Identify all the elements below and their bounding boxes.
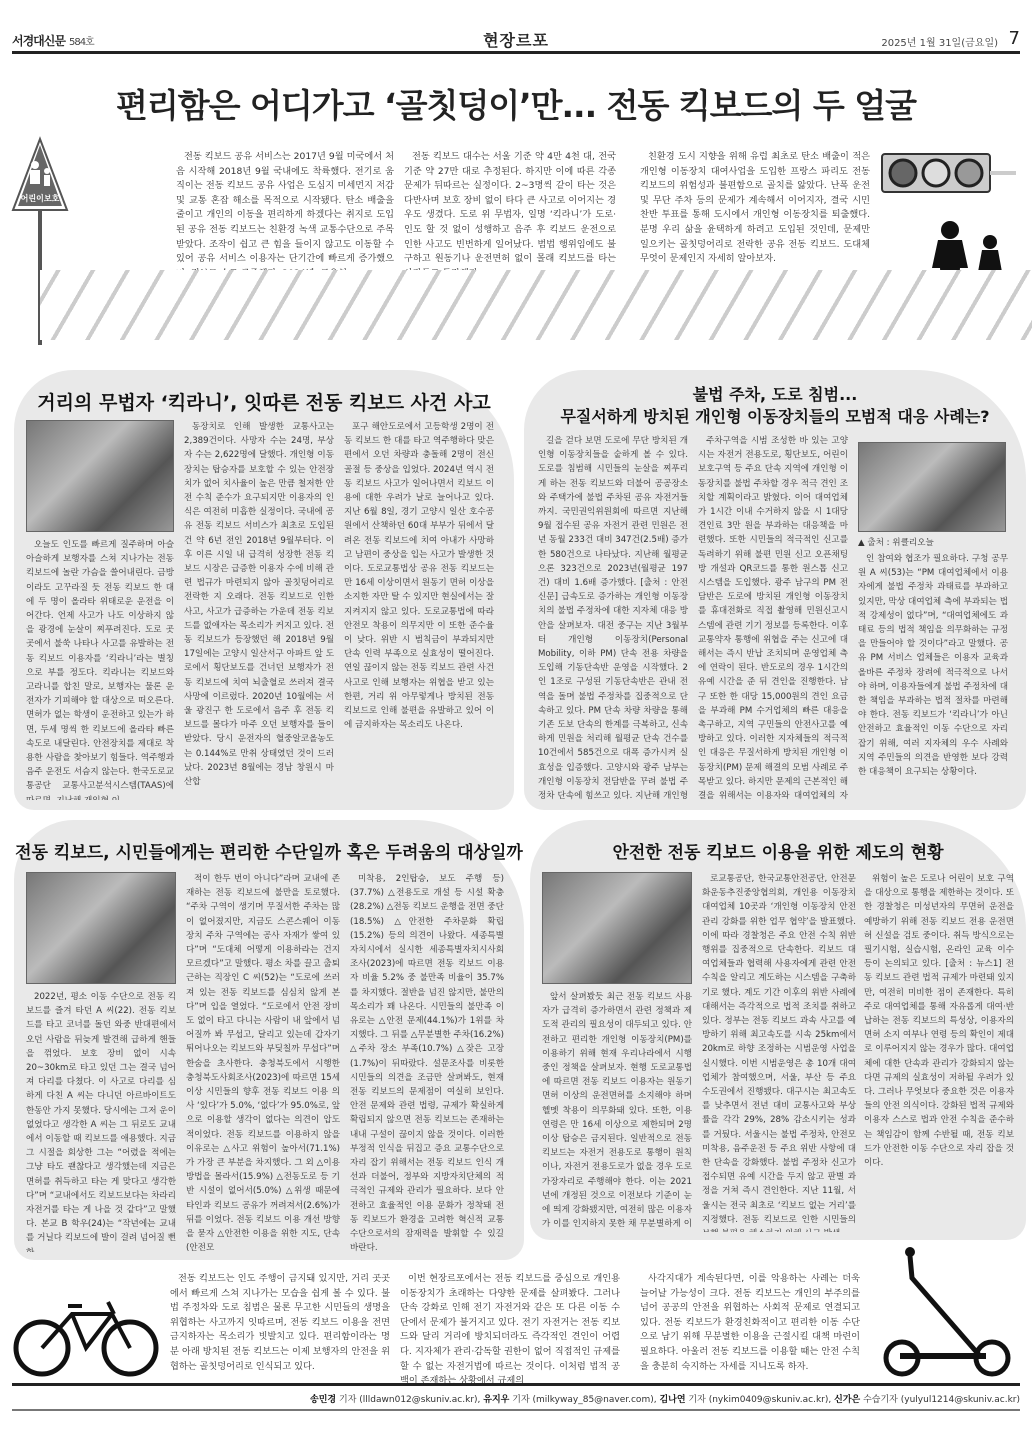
lead-paragraph-3: 친환경 도시 지향을 위해 유럽 최초로 탄소 배출이 적은 개인형 이동장치 … bbox=[640, 150, 870, 267]
byline: 송민경 기자 (llldawn012@skuniv.ac.kr), 유지우 기자… bbox=[12, 1383, 1020, 1411]
article-column: 앞서 살펴봤듯 최근 전동 킥보드 사용자가 급격히 증가하면서 관련 정책과 … bbox=[542, 990, 692, 1232]
main-headline: 편리함은 어디가고 ‘골칫덩이’만... 전동 킥보드의 두 얼굴 bbox=[0, 80, 1032, 127]
section-title: 안전한 전동 킥보드 이용을 위한 제도의 현황 bbox=[530, 838, 1026, 863]
conclusion-paragraph-1: 전동 킥보드는 인도 주행이 금지돼 있지만, 거리 곳곳에서 빠르게 스쳐 지… bbox=[170, 1272, 390, 1374]
crosswalk-decoration bbox=[40, 270, 1032, 340]
lead-paragraph-2: 전동 킥보드 대수는 서울 기준 약 4만 4천 대, 전국 기준 약 27만 … bbox=[404, 150, 616, 281]
article-column: 주차구역을 시범 조성한 바 있는 고양시는 자전거 전용도로, 횡단보도, 어… bbox=[698, 434, 848, 802]
article-photo bbox=[542, 872, 692, 984]
article-column: 오늘도 인도를 빠르게 질주하며 아슬아슬하게 보행자를 스쳐 지나가는 전동 … bbox=[26, 538, 174, 800]
article-section-policy: 안전한 전동 킥보드 이용을 위한 제도의 현황 앞서 살펴봤듯 최근 전동 킥… bbox=[530, 820, 1026, 1240]
svg-text:어린이보호: 어린이보호 bbox=[21, 193, 60, 203]
page-header: 서경대신문584호 현장르포 2025년 1월 31일(금요일) 7 bbox=[12, 28, 1020, 54]
article-column: 길을 걷다 보면 도로에 무단 방치된 개인형 이동장치들을 숱하게 볼 수 있… bbox=[538, 434, 688, 802]
photo-caption: ▲ 출처 : 위클리오늘 bbox=[858, 536, 934, 548]
article-section-kickrani: 거리의 무법자 ‘킥라니’, 잇따른 전동 킥보드 사건 사고 오늘도 인도를 … bbox=[14, 370, 514, 810]
byline-author: 김나연 기자 (nykim0409@skuniv.ac.kr), bbox=[659, 1395, 834, 1405]
article-photo bbox=[26, 872, 176, 984]
article-column: 2022년, 평소 이동 수단으로 전동 킥보드를 즐겨 타던 A 씨(22).… bbox=[26, 990, 176, 1252]
article-section-parking: 불법 주차, 도로 침범...무질서하게 방치된 개인형 이동장치들의 모범적 … bbox=[524, 370, 1026, 810]
tow-truck-photo bbox=[858, 442, 1006, 532]
traffic-light-icon bbox=[878, 150, 1018, 200]
section-title: 불법 주차, 도로 침범...무질서하게 방치된 개인형 이동장치들의 모범적 … bbox=[524, 384, 1026, 428]
section-title: 현장르포 bbox=[12, 28, 1020, 51]
byline-author: 신가은 수습기자 (yulyul1214@skuniv.ac.kr) bbox=[834, 1395, 1020, 1405]
conclusion-paragraph-3: 사각지대가 계속된다면, 이를 악용하는 사례는 더욱 늘어날 가능성이 크다.… bbox=[640, 1272, 860, 1374]
page-number: 7 bbox=[1009, 28, 1020, 49]
conclusion-paragraph-2: 이번 현장르포에서는 전동 킥보드를 중심으로 개인용 이동장치가 초래하는 다… bbox=[400, 1272, 620, 1389]
article-column: 적이 한두 번이 아니다”라며 교내에 존재하는 전동 킥보드에 불만을 토로했… bbox=[186, 872, 340, 1252]
byline-author: 유지우 기자 (milkyway_85@naver.com), bbox=[483, 1395, 659, 1405]
article-column: 미착용, 2인탑승, 보도 주행 등)(37.7%) △전용도로 개설 등 시설… bbox=[350, 872, 504, 1252]
article-column: 위험이 높은 도로나 어린이 보호 구역을 대상으로 통행을 제한하는 것이다.… bbox=[864, 872, 1014, 1232]
article-photo bbox=[26, 420, 174, 532]
bicycle-icon bbox=[12, 1290, 162, 1380]
article-column: 동장치로 인해 발생한 교통사고는 2,389건이다. 사망자 수는 24명, … bbox=[184, 420, 334, 800]
article-section-citizens: 전동 킥보드, 시민들에게는 편리한 수단일까 혹은 두려움의 대상일까 202… bbox=[14, 820, 524, 1260]
article-column: 로교통공단, 한국교통안전공단, 안전문화운동추진중앙협의회, 개인용 이동장치… bbox=[702, 872, 856, 1232]
kick-scooter-icon bbox=[880, 1238, 1020, 1378]
publication-date: 2025년 1월 31일(금요일) bbox=[881, 34, 998, 49]
byline-author: 송민경 기자 (llldawn012@skuniv.ac.kr), bbox=[310, 1395, 483, 1405]
article-column: 인 참여와 협조가 필요하다. 구청 공무원 A 씨(53)는 “PM 대여업체… bbox=[858, 552, 1008, 802]
lead-paragraph-1: 전동 킥보드 공유 서비스는 2017년 9월 미국에서 처음 시작해 2018… bbox=[176, 150, 394, 281]
section-title: 거리의 무법자 ‘킥라니’, 잇따른 전동 킥보드 사건 사고 bbox=[14, 388, 514, 415]
section-title: 전동 킥보드, 시민들에게는 편리한 수단일까 혹은 두려움의 대상일까 bbox=[14, 838, 524, 863]
article-column: 포구 해안도로에서 고등학생 2명이 전동 킥보드 한 대를 타고 역주행하다 … bbox=[344, 420, 494, 800]
